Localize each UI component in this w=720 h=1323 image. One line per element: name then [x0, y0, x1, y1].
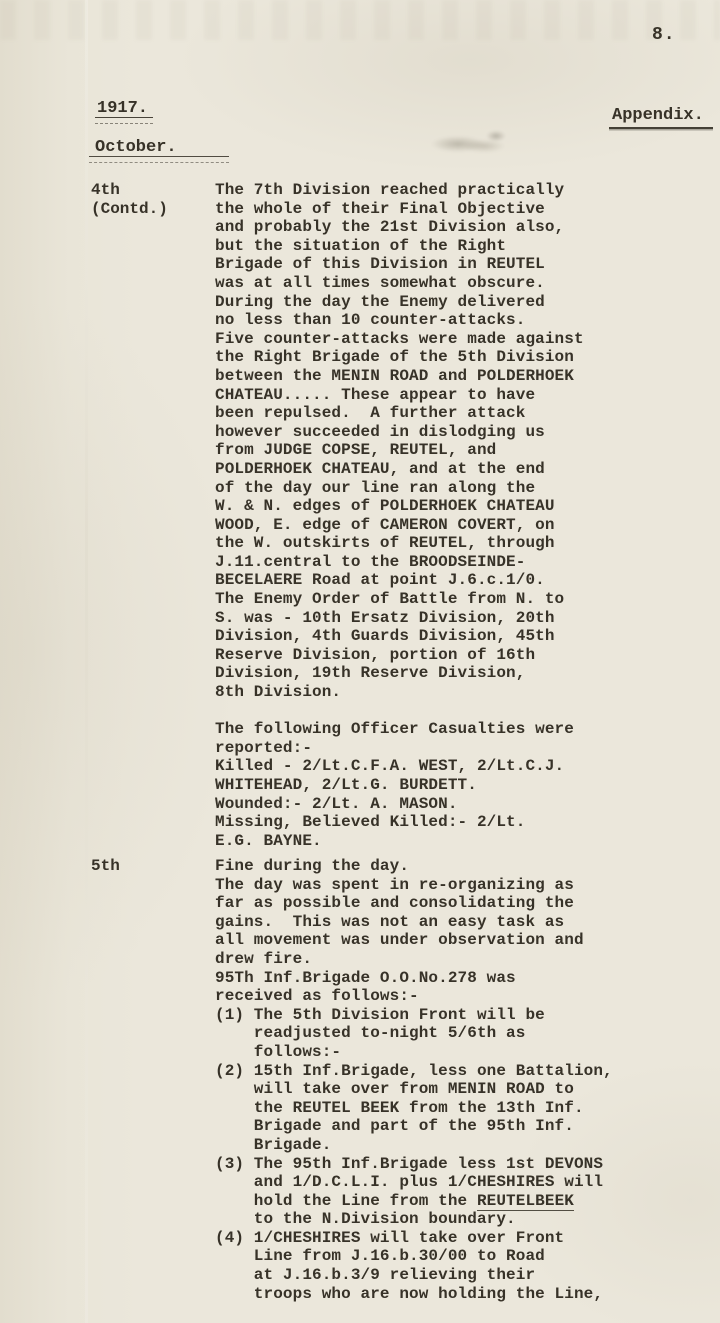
text-line: no less than 10 counter-attacks.: [215, 311, 584, 330]
text-line: follows:-: [215, 1043, 613, 1062]
text-line: Missing, Believed Killed:- 2/Lt.: [215, 813, 584, 832]
text-line: The day was spent in re-organizing as: [215, 876, 613, 895]
text-line: of the day our line ran along the: [215, 479, 584, 498]
text-line: reported:-: [215, 739, 584, 758]
text-line: the REUTEL BEEK from the 13th Inf.: [215, 1099, 613, 1118]
text-line: Division, 19th Reserve Division,: [215, 664, 584, 683]
text-line: S. was - 10th Ersatz Division, 20th: [215, 609, 584, 628]
text-line: all movement was under observation and: [215, 931, 613, 950]
text-line: WHITEHEAD, 2/Lt.G. BURDETT.: [215, 776, 584, 795]
text-line: between the MENIN ROAD and POLDERHOEK: [215, 367, 584, 386]
paper-crease: [85, 0, 88, 1323]
entry-body: Fine during the day.The day was spent in…: [215, 857, 613, 1303]
text-line: (1) The 5th Division Front will be: [215, 1006, 613, 1025]
text-line: (4) 1/CHESHIRES will take over Front: [215, 1229, 613, 1248]
text-line: Brigade.: [215, 1136, 613, 1155]
text-line: (2) 15th Inf.Brigade, less one Battalion…: [215, 1062, 613, 1081]
text-line: troops who are now holding the Line,: [215, 1285, 613, 1304]
text-line: from JUDGE COPSE, REUTEL, and: [215, 441, 584, 460]
text-line: E.G. BAYNE.: [215, 832, 584, 851]
document-page: 8. 1917. Appendix. October. 4th (Contd.)…: [0, 0, 720, 1323]
year-heading: 1917.: [97, 99, 148, 118]
text-line: the W. outskirts of REUTEL, through: [215, 534, 584, 553]
text-line: The following Officer Casualties were: [215, 720, 584, 739]
text-line: Reserve Division, portion of 16th: [215, 646, 584, 665]
text-line: The 7th Division reached practically: [215, 181, 584, 200]
paragraph: The 7th Division reached practicallythe …: [215, 181, 584, 702]
text-line: WOOD, E. edge of CAMERON COVERT, on: [215, 516, 584, 535]
text-line: the whole of their Final Objective: [215, 200, 584, 219]
text-line: the Right Brigade of the 5th Division: [215, 348, 584, 367]
text-line: Five counter-attacks were made against: [215, 330, 584, 349]
text-line: will take over from MENIN ROAD to: [215, 1080, 613, 1099]
month-heading: October.: [95, 138, 177, 157]
text-line: and 1/D.C.L.I. plus 1/CHESHIRES will: [215, 1173, 613, 1192]
text-line: W. & N. edges of POLDERHOEK CHATEAU: [215, 497, 584, 516]
entry-date: 5th: [91, 857, 120, 876]
text-line: Fine during the day.: [215, 857, 613, 876]
text-line: but the situation of the Right: [215, 237, 584, 256]
text-line: drew fire.: [215, 950, 613, 969]
text-line: far as possible and consolidating the: [215, 894, 613, 913]
text-line: BECELAERE Road at point J.6.c.1/0.: [215, 571, 584, 590]
text-line: 95Th Inf.Brigade O.O.No.278 was: [215, 969, 613, 988]
text-line: readjusted to-night 5/6th as: [215, 1024, 613, 1043]
text-line: J.11.central to the BROODSEINDE-: [215, 553, 584, 572]
text-line: gains. This was not an easy task as: [215, 913, 613, 932]
text-line: been repulsed. A further attack: [215, 404, 584, 423]
entry-date: 4th (Contd.): [91, 181, 168, 218]
appendix-heading: Appendix.: [612, 106, 704, 125]
text-line: The Enemy Order of Battle from N. to: [215, 590, 584, 609]
paper-texture: [0, 0, 720, 40]
text-line: Wounded:- 2/Lt. A. MASON.: [215, 795, 584, 814]
paragraph: Fine during the day.The day was spent in…: [215, 857, 613, 1303]
ink-smudge: [424, 128, 516, 156]
text-line: hold the Line from the REUTELBEEK: [215, 1192, 613, 1211]
text-line: to the N.Division boundary.: [215, 1210, 613, 1229]
text-line: was at all times somewhat obscure.: [215, 274, 584, 293]
text-line: Line from J.16.b.30/00 to Road: [215, 1247, 613, 1266]
text-line: at J.16.b.3/9 relieving their: [215, 1266, 613, 1285]
text-line: 8th Division.: [215, 683, 584, 702]
text-line: Brigade of this Division in REUTEL: [215, 255, 584, 274]
text-line: Division, 4th Guards Division, 45th: [215, 627, 584, 646]
text-line: and probably the 21st Division also,: [215, 218, 584, 237]
text-line: received as follows:-: [215, 987, 613, 1006]
page-number: 8.: [652, 25, 676, 45]
text-line: Killed - 2/Lt.C.F.A. WEST, 2/Lt.C.J.: [215, 757, 584, 776]
text-line: (3) The 95th Inf.Brigade less 1st DEVONS: [215, 1155, 613, 1174]
text-line: CHATEAU..... These appear to have: [215, 386, 584, 405]
entry-body: The 7th Division reached practicallythe …: [215, 181, 584, 850]
text-line: During the day the Enemy delivered: [215, 293, 584, 312]
text-line: POLDERHOEK CHATEAU, and at the end: [215, 460, 584, 479]
paragraph: The following Officer Casualties wererep…: [215, 720, 584, 850]
text-line: however succeeded in dislodging us: [215, 423, 584, 442]
text-line: Brigade and part of the 95th Inf.: [215, 1117, 613, 1136]
